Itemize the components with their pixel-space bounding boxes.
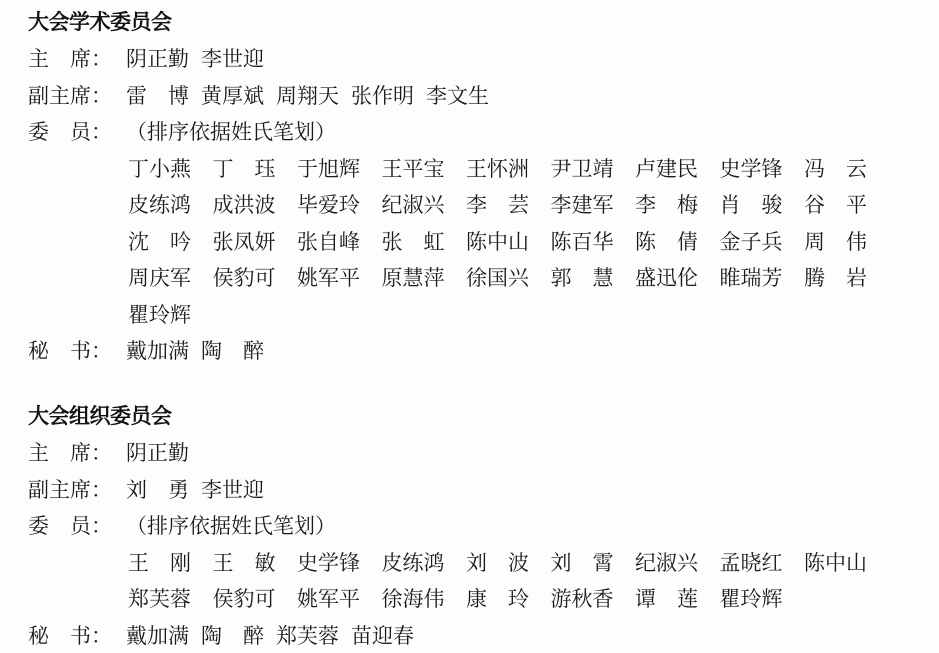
members-row: 王 刚 王 敏 史学锋 皮练鸿 刘 波 刘 霄 纪淑兴 孟晓红 陈中山 [128,545,889,582]
secretary-label: 秘 书： [28,333,126,370]
member-name: 李 梅 [635,187,720,224]
member-name: 谭 莲 [635,581,720,618]
academic-vice-chairs-row: 副主席： 雷 博黄厚斌周翔天张作明李文生 [28,78,889,115]
members-note: （排序依据姓氏笔划） [126,114,336,151]
member-name: 皮练鸿 [382,545,467,582]
member-name: 康 玲 [466,581,551,618]
member-name: 陈 倩 [635,224,720,261]
secretary-name: 郑芙蓉 [276,618,339,653]
organizing-members-grid: 王 刚 王 敏 史学锋 皮练鸿 刘 波 刘 霄 纪淑兴 孟晓红 陈中山 郑芙蓉 … [128,545,889,618]
academic-members-grid: 丁小燕 丁 珏 于旭辉 王平宝 王怀洲 尹卫靖 卢建民 史学锋 冯 云 皮练鸿 … [128,151,889,334]
member-name: 史学锋 [720,151,805,188]
member-name: 刘 波 [466,545,551,582]
secretary-name: 戴加满 [126,333,189,370]
members-label: 委 员： [28,508,126,545]
member-name: 瞿玲辉 [720,581,805,618]
secretary-label: 秘 书： [28,618,126,653]
member-name: 肖 骏 [720,187,805,224]
member-name: 姚军平 [297,581,382,618]
member-name: 腾 岩 [804,260,889,297]
member-name: 成洪波 [213,187,298,224]
member-name: 丁 珏 [213,151,298,188]
member-name: 瞿玲辉 [128,297,213,334]
organizing-secretaries-row: 秘 书： 戴加满陶 醉郑芙蓉苗迎春 [28,618,889,653]
member-name: 徐国兴 [466,260,551,297]
member-name: 侯豹可 [213,581,298,618]
member-name: 陈中山 [804,545,889,582]
organizing-members-header-row: 委 员：（排序依据姓氏笔划） [28,508,889,545]
chair-name: 阴正勤 [126,435,189,472]
members-note: （排序依据姓氏笔划） [126,508,336,545]
academic-secretaries-row: 秘 书： 戴加满陶 醉 [28,333,889,370]
members-row: 沈 吟 张凤妍 张自峰 张 虹 陈中山 陈百华 陈 倩 金子兵 周 伟 [128,224,889,261]
member-name: 冯 云 [804,151,889,188]
member-name: 谷 平 [804,187,889,224]
member-name: 原慧萍 [382,260,467,297]
members-label: 委 员： [28,114,126,151]
member-name: 孟晓红 [720,545,805,582]
member-name: 王 敏 [213,545,298,582]
member-name: 王怀洲 [466,151,551,188]
member-name: 皮练鸿 [128,187,213,224]
member-name: 史学锋 [297,545,382,582]
organizing-vice-chairs-row: 副主席： 刘 勇李世迎 [28,472,889,509]
member-name: 郭 慧 [551,260,636,297]
secretary-name: 苗迎春 [351,618,414,653]
chair-name: 阴正勤 [126,41,189,78]
chair-label: 主 席： [28,435,126,472]
member-name: 王平宝 [382,151,467,188]
member-name: 纪淑兴 [382,187,467,224]
member-name: 陈中山 [466,224,551,261]
vice-chair-name: 李文生 [426,78,489,115]
academic-members-header-row: 委 员：（排序依据姓氏笔划） [28,114,889,151]
member-name: 金子兵 [720,224,805,261]
members-row: 周庆军 侯豹可 姚军平 原慧萍 徐国兴 郭 慧 盛迅伦 睢瑞芳 腾 岩 [128,260,889,297]
member-name: 张凤妍 [213,224,298,261]
member-name: 姚军平 [297,260,382,297]
members-row: 皮练鸿 成洪波 毕爱玲 纪淑兴 李 芸 李建军 李 梅 肖 骏 谷 平 [128,187,889,224]
vice-chair-name: 黄厚斌 [201,78,264,115]
secretary-name: 戴加满 [126,618,189,653]
member-name: 丁小燕 [128,151,213,188]
member-name: 卢建民 [635,151,720,188]
organizing-committee-title: 大会组织委员会 [28,398,889,435]
member-name: 毕爱玲 [297,187,382,224]
member-name: 陈百华 [551,224,636,261]
member-name: 刘 霄 [551,545,636,582]
member-name: 盛迅伦 [635,260,720,297]
organizing-committee-section: 大会组织委员会 主 席： 阴正勤 副主席： 刘 勇李世迎 委 员：（排序依据姓氏… [28,398,889,653]
member-name: 周 伟 [804,224,889,261]
vice-chair-name: 李世迎 [201,472,264,509]
chair-label: 主 席： [28,41,126,78]
member-name: 徐海伟 [382,581,467,618]
member-name: 周庆军 [128,260,213,297]
member-name: 李 芸 [466,187,551,224]
vice-chair-label: 副主席： [28,472,126,509]
secretary-name: 陶 醉 [201,618,264,653]
member-name: 张 虹 [382,224,467,261]
vice-chair-name: 雷 博 [126,78,189,115]
member-name: 王 刚 [128,545,213,582]
member-name: 郑芙蓉 [128,581,213,618]
secretary-name: 陶 醉 [201,333,264,370]
member-name: 尹卫靖 [551,151,636,188]
members-row: 郑芙蓉 侯豹可 姚军平 徐海伟 康 玲 游秋香 谭 莲 瞿玲辉 [128,581,889,618]
member-name: 侯豹可 [213,260,298,297]
vice-chair-label: 副主席： [28,78,126,115]
academic-committee-title: 大会学术委员会 [28,4,889,41]
member-name: 张自峰 [297,224,382,261]
vice-chair-name: 张作明 [351,78,414,115]
vice-chair-name: 刘 勇 [126,472,189,509]
members-row: 丁小燕 丁 珏 于旭辉 王平宝 王怀洲 尹卫靖 卢建民 史学锋 冯 云 [128,151,889,188]
organizing-chairs-row: 主 席： 阴正勤 [28,435,889,472]
member-name: 游秋香 [551,581,636,618]
academic-committee-section: 大会学术委员会 主 席： 阴正勤李世迎 副主席： 雷 博黄厚斌周翔天张作明李文生… [28,4,889,370]
chair-name: 李世迎 [201,41,264,78]
member-name: 睢瑞芳 [720,260,805,297]
academic-chairs-row: 主 席： 阴正勤李世迎 [28,41,889,78]
member-name: 沈 吟 [128,224,213,261]
member-name: 李建军 [551,187,636,224]
member-name: 于旭辉 [297,151,382,188]
members-row: 瞿玲辉 [128,297,889,334]
vice-chair-name: 周翔天 [276,78,339,115]
member-name: 纪淑兴 [635,545,720,582]
